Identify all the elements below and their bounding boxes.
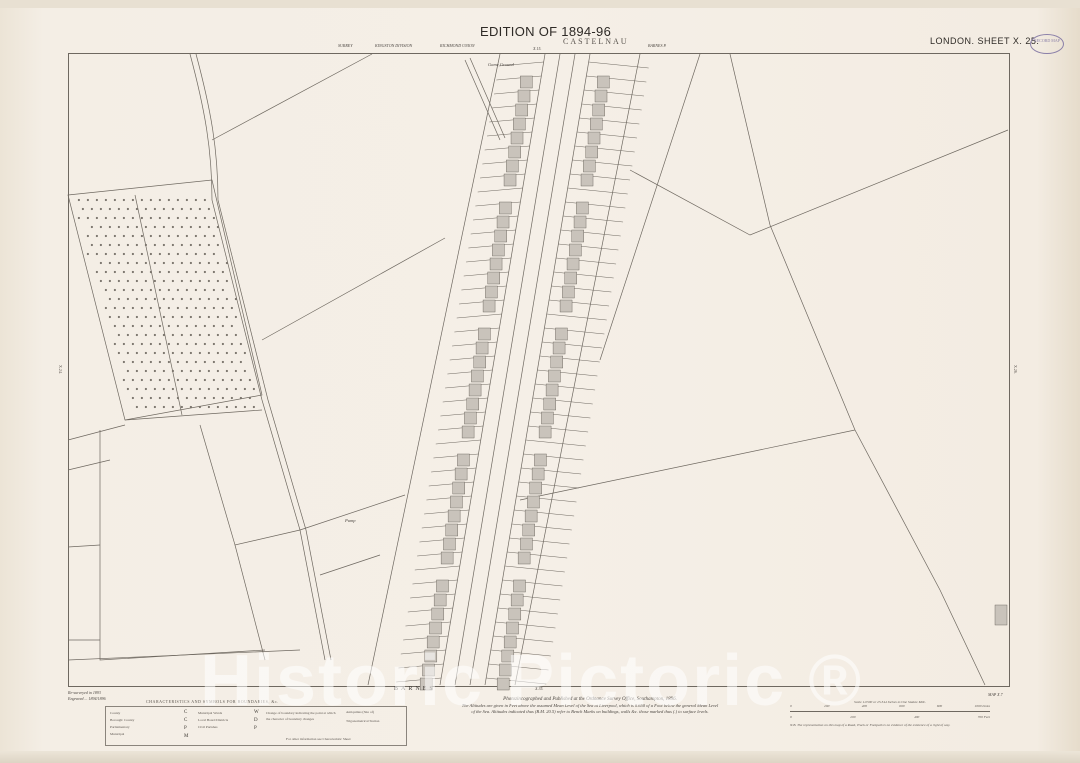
right-of-way-note: N.B. The representation on this map of a… xyxy=(790,723,990,727)
legend-letter: C xyxy=(184,709,188,717)
scale-tick: 700 Feet xyxy=(978,715,990,719)
legend-mid-row: Civil Parishes xyxy=(198,724,228,731)
legend-row: Borough: County xyxy=(110,717,134,724)
sheet-ref-corner: MAP X.7 xyxy=(988,692,1003,697)
survey-note: Re-surveyed in 1893 Engraved ... 1894/18… xyxy=(68,690,106,702)
legend-letter: P xyxy=(184,725,188,733)
label-game-ground: Game Ground xyxy=(488,62,514,67)
scale-tick: 800 xyxy=(937,704,942,708)
label-pump: Pump xyxy=(345,518,356,523)
adjacent-sheet-right: X.26. xyxy=(1013,365,1018,374)
scale-tick: 400 xyxy=(914,715,919,719)
scale-tick: 1000 Links xyxy=(974,704,989,708)
legend-letter: C xyxy=(184,717,188,725)
legend-letter: M xyxy=(184,733,188,741)
legend-note: For other information see Characteristic… xyxy=(286,737,351,741)
legend-row: County xyxy=(110,710,134,717)
adjacent-sheet-left: X.24. xyxy=(58,365,63,374)
scale-tick: 600 xyxy=(899,704,904,708)
legend-row: Municipal xyxy=(110,731,134,738)
legend-row: Parliamentary xyxy=(110,724,134,731)
legend-letter: P xyxy=(254,725,259,733)
map-sheet: EDITION OF 1894-96 LONDON. SHEET X. 25. … xyxy=(0,0,1080,763)
watermark: Historic Pictoric ® xyxy=(200,640,863,722)
revised-date: Engraved ... 1894/1896 xyxy=(68,696,106,702)
